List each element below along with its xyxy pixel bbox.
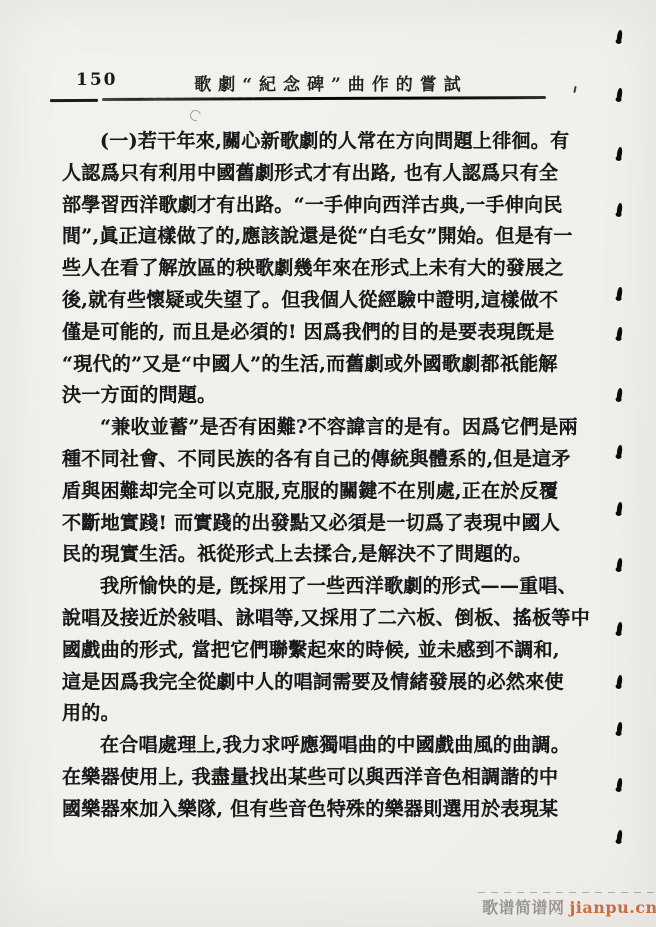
binding-ink-mark	[616, 558, 622, 571]
binding-ink-mark	[616, 388, 622, 401]
text-line: 國樂器來加入樂隊, 但有些音色特殊的樂器則選用於表現某	[62, 794, 562, 826]
binding-ink-mark	[616, 88, 622, 101]
binding-ink-mark	[616, 30, 622, 43]
scan-scratch-line	[478, 892, 656, 893]
text-line: 用的。	[62, 698, 562, 730]
binding-ink-mark	[616, 147, 622, 160]
header-rule-left-segment	[50, 99, 98, 102]
binding-ink-mark	[616, 622, 622, 635]
text-line: 這是因爲我完全從劇中人的唱詞需要及情緒發展的必然來使	[62, 667, 562, 699]
text-line: 些人在看了解放區的秧歌劇幾年來在形式上未有大的發展之	[62, 253, 562, 285]
text-line: 人認爲只有利用中國舊劇形式才有出路, 也有人認爲只有全	[62, 158, 562, 190]
binding-ink-mark	[616, 778, 622, 791]
text-line: 盾與困難却完全可以克服,克服的關鍵不在別處,正在於反覆	[62, 476, 562, 508]
binding-ink-mark	[616, 327, 622, 340]
body-text: (一)若干年來,關心新歌劇的人常在方向問題上徘徊。有 人認爲只有利用中國舊劇形式…	[62, 126, 562, 826]
header-rule	[102, 96, 546, 101]
text-line: 間”,眞正這樣做了的,應該說還是從“白毛女”開始。但是有一	[62, 221, 562, 253]
page-number: 150	[76, 70, 118, 90]
text-line: “兼收並蓄”是否有困難?不容諱言的是有。因爲它們是兩	[62, 412, 562, 444]
text-line: 種不同社會、不同民族的各有自己的傳統與體系的,但是這矛	[62, 444, 562, 476]
text-line: 在樂器使用上, 我盡量找出某些可以與西洋音色相調諧的中	[62, 762, 562, 794]
watermark: 歌谱简谱网jianpu.cn	[482, 895, 656, 918]
scan-speck-tick	[573, 86, 576, 93]
text-line: (一)若干年來,關心新歌劇的人常在方向問題上徘徊。有	[62, 126, 562, 158]
text-line: 不斷地實踐! 而實踐的出發點又必須是一切爲了表現中國人	[62, 508, 562, 540]
text-line: 我所愉快的是, 旣採用了一些西洋歌劇的形式——重唱、	[62, 571, 562, 603]
binding-ink-mark	[616, 287, 622, 300]
binding-ink-mark	[616, 445, 622, 458]
text-line: 民的現實生活。祇從形式上去揉合,是解決不了問題的。	[62, 539, 562, 571]
binding-ink-mark	[616, 675, 622, 688]
scanned-book-page: 150 歌劇“紀念碑”曲作的嘗試 (一)若干年來,關心新歌劇的人常在方向問題上徘…	[0, 0, 656, 927]
text-line: 僅是可能的, 而且是必須的! 因爲我們的目的是要表現旣是	[62, 317, 562, 349]
binding-ink-mark	[616, 502, 622, 515]
watermark-site-name: 歌谱简谱网	[482, 898, 565, 917]
binding-ink-mark	[616, 203, 622, 216]
text-line: 決一方面的問題。	[62, 380, 562, 412]
text-line: “現代的”又是“中國人”的生活,而舊劇或外國歌劇都祇能解	[62, 349, 562, 381]
text-line: 說唱及接近於敍唱、詠唱等,又採用了二六板、倒板、搖板等中	[62, 603, 562, 635]
binding-ink-mark	[616, 830, 622, 843]
text-line: 部學習西洋歌劇才有出路。“一手伸向西洋古典,一手伸向民	[62, 190, 562, 222]
text-line: 國戲曲的形式, 當把它們聯繫起來的時候, 並未感到不調和,	[62, 635, 562, 667]
binding-ink-mark	[616, 722, 622, 735]
text-line: 後,就有些懷疑或失望了。但我個人從經驗中證明,這樣做不	[62, 285, 562, 317]
scan-speck-ring	[188, 108, 203, 123]
watermark-site-url: jianpu.cn	[570, 898, 656, 917]
text-line: 在合唱處理上,我力求呼應獨唱曲的中國戲曲風的曲調。	[62, 730, 562, 762]
page-header-title: 歌劇“紀念碑”曲作的嘗試	[156, 70, 506, 95]
